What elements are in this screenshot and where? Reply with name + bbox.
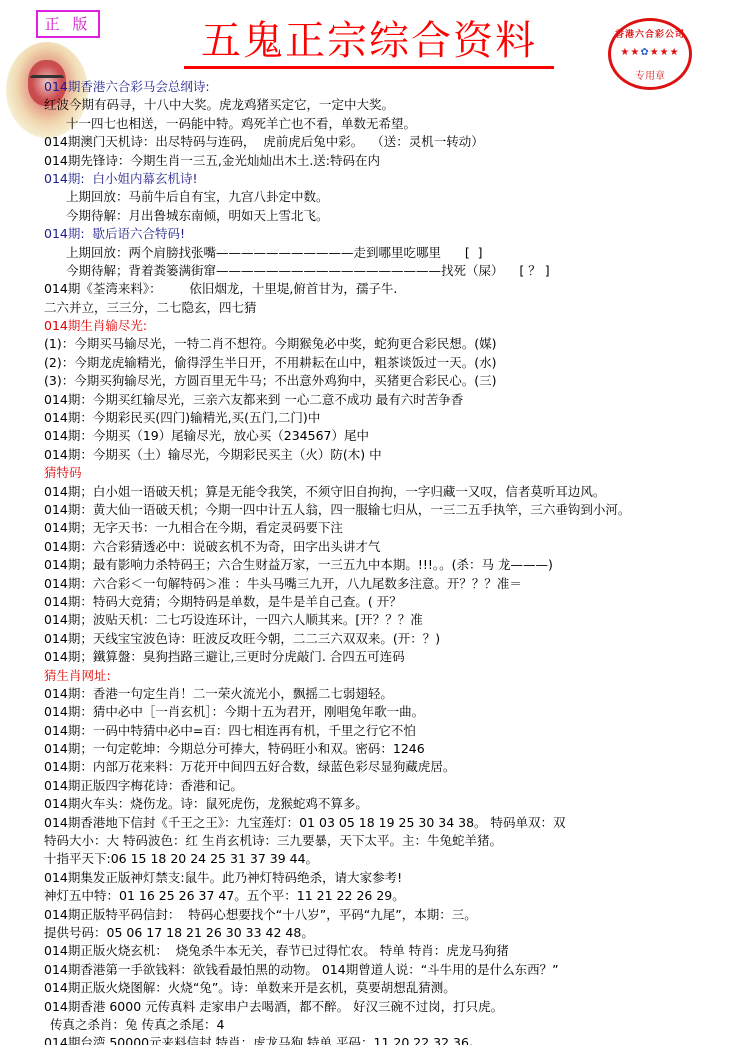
seal-stars: ★★✿★★★	[611, 47, 689, 58]
list-item: 014期：一码中特猜中必中=百：四七相连再有机，千里之行它不怕	[44, 722, 744, 740]
list-item: (3)：今期买狗输尽光，方圆百里无牛马；不出意外鸡狗中，买猪更合彩民心。(三)	[44, 372, 744, 390]
text-line: 014期先锋诗：今期生肖一三五,金光灿灿出木土.送:特码在内	[44, 152, 744, 170]
poem-line: 红波今期有码寻，十八中大奖。虎龙鸡猪买定它，一定中大奖。	[44, 96, 744, 114]
list-item: 014期火车头：烧伤龙。诗：鼠死虎伤，龙猴蛇鸡不算多。	[44, 795, 744, 813]
list-item: 014期：今期买（土）输尽光，今期彩民买主（火）防(木) 中	[44, 446, 744, 464]
list-item: 014期正版火烧玄机： 烧兔杀牛本无关，春节已过得忙农。 特单 特肖：虎龙马狗猪	[44, 942, 744, 960]
main-content: 014期香港六合彩马会总纲诗: 红波今期有码寻，十八中大奖。虎龙鸡猪买定它，一定…	[44, 78, 744, 1045]
list-item: 014期；波贴天机：二七巧设连环计，一四六人顺其来。[开？？？准	[44, 611, 744, 629]
list-item: 014期；鐵算盤：臭狗挡路三避让,三更时分虎敲门. 合四五可连码	[44, 648, 744, 666]
text-line: 今期待解：月出鲁城东南倾，明如天上雪北飞。	[44, 207, 744, 225]
star-icon: ★★	[620, 47, 640, 58]
list-item: 014期：特码大竞猜；今期特码是单数，是牛是羊自己查。( 开？	[44, 593, 744, 611]
list-item: 014期：今期买（19）尾输尽光，放心买（234567）尾中	[44, 427, 744, 445]
list-item: 014期正版四字梅花诗：香港和记。	[44, 777, 744, 795]
list-item: 014期：六合彩猜透必中：说破玄机不为奇，田字出头讲才气	[44, 538, 744, 556]
page-title: 五鬼正宗综合资料	[184, 18, 554, 64]
list-item: (1)：今期买马输尽光，一特二肖不想符。今期猴兔必中奖，蛇狗更合彩民想。(媒)	[44, 335, 744, 353]
text-line: 014期《荃湾来料》： 依旧烟龙，十里堤,俯首甘为，孺子牛.	[44, 280, 744, 298]
section-title: 猜特码	[44, 464, 744, 482]
list-item: 014期香港地下信封《千王之王》：九宝莲灯：01 03 05 18 19 25 …	[44, 814, 744, 832]
section-title: 猜生肖网址:	[44, 667, 744, 685]
list-item: 特码大小：大 特码波色：红 生肖玄机诗：三九要暴，天下太平。主：牛兔蛇羊猪。	[44, 832, 744, 850]
text-line: 上期回放：马前牛后自有宝，九宫八卦定中数。	[44, 188, 744, 206]
list-item: 014期台湾 50000元来料信封 特肖：虎龙马狗 特单 平码：11 20 22…	[44, 1034, 744, 1045]
list-item: 014期正版特平码信封： 特码心想要找个“十八岁”，平码“九尾”，本期：三。	[44, 906, 744, 924]
list-item: 提供号码：05 06 17 18 21 26 30 33 42 48。	[44, 924, 744, 942]
list-item: 014期正版火烧图解：火烧“兔”。诗：单数来开是玄机，莫要胡想乱猜测。	[44, 979, 744, 997]
text-line: 今期待解；背着粪篓满街窜——————————————————找死（屎） [ ？ …	[44, 262, 744, 280]
list-item: 014期：今期彩民买(四门)输精光,买(五门,二门)中	[44, 409, 744, 427]
list-item: 014期集发正版神灯禁支:鼠牛。此乃神灯特码绝杀，请大家参考!	[44, 869, 744, 887]
list-item: 014期：香港一句定生肖！二一荣火流光小，飘摇二七弱翅轻。	[44, 685, 744, 703]
flower-icon: ✿	[640, 47, 649, 58]
list-item: 014期：猜中必中［一肖玄机］：今期十五为君开，刚唱兔年歌一曲。	[44, 703, 744, 721]
text-line: 014期澳门天机诗：出尽特码与连码， 虎前虎后兔中彩。 （送：灵机一转动）	[44, 133, 744, 151]
list-item: 014期；一句定乾坤：今期总分可捧大，特码旺小和双。密码：1246	[44, 740, 744, 758]
text-line: 二六并立，三三分，二七隐玄，四七猜	[44, 299, 744, 317]
list-item: 014期香港 6000 元传真料 走家串户去喝酒，都不醉。 好汉三碗不过岗，打只…	[44, 998, 744, 1016]
genuine-badge: 正 版	[36, 10, 100, 38]
section-title: 014期生肖输尽光:	[44, 317, 744, 335]
list-item: (2)：今期龙虎输精光，偷得浮生半日开，不用耕耘在山中，粗茶谈饭过一天。(水)	[44, 354, 744, 372]
list-item: 014期：黄大仙一语破天机；今期一四中计五人翁，四一服输七归从，一三二五手执竿，…	[44, 501, 744, 519]
poem-line: 十一四七也相送，一码能中特。鸡死羊亡也不看，单数无希望。	[44, 115, 744, 133]
list-item: 014期：六合彩＜一句解特码＞准 ：牛头马嘴三九开，八九尾数多注意。开？？？准＝	[44, 575, 744, 593]
text-line: 上期回放：两个肩膀找张嘴———————————走到哪里吃哪里 [ ]	[44, 244, 744, 262]
star-icon: ★★★	[650, 47, 680, 58]
seal-arc-text: 香港六合彩公司	[611, 27, 689, 40]
title-underline	[184, 66, 554, 69]
list-item: 014期；无字天书：一九相合在今期，看定灵码要下注	[44, 519, 744, 537]
list-item: 014期；白小姐一语破天机；算是无能令我笑，不须守旧自拘拘，一字归藏一又叹，信者…	[44, 483, 744, 501]
list-item: 神灯五中特：01 16 25 26 37 47。五个平：11 21 22 26 …	[44, 887, 744, 905]
section-title: 014期: 白小姐内幕玄机诗!	[44, 170, 744, 188]
list-item: 014期；天线宝宝波色诗：旺波反攻旺今朝，二二三六双双来。(开：？)	[44, 630, 744, 648]
section-title: 014期: 歇后语六合特码!	[44, 225, 744, 243]
section-title: 014期香港六合彩马会总纲诗:	[44, 78, 744, 96]
list-item: 014期：今期买红输尽光，三亲六友都来到 一心二意不成功 最有六时苦争香	[44, 391, 744, 409]
list-item: 014期香港第一手欲钱料：欲钱看最怕黑的动物。 014期曾道人说：“斗牛用的是什…	[44, 961, 744, 979]
list-item: 014期：内部万花来料：万花开中间四五好合数，绿蓝色彩尽显狗藏虎居。	[44, 758, 744, 776]
list-item: 传真之杀肖：兔 传真之杀尾：4	[44, 1016, 744, 1034]
list-item: 014期；最有影响力杀特码王；六合生财益万家，一三五九中本期。!!!。。(杀：马…	[44, 556, 744, 574]
list-item: 十指平天下:06 15 18 20 24 25 31 37 39 44。	[44, 850, 744, 868]
